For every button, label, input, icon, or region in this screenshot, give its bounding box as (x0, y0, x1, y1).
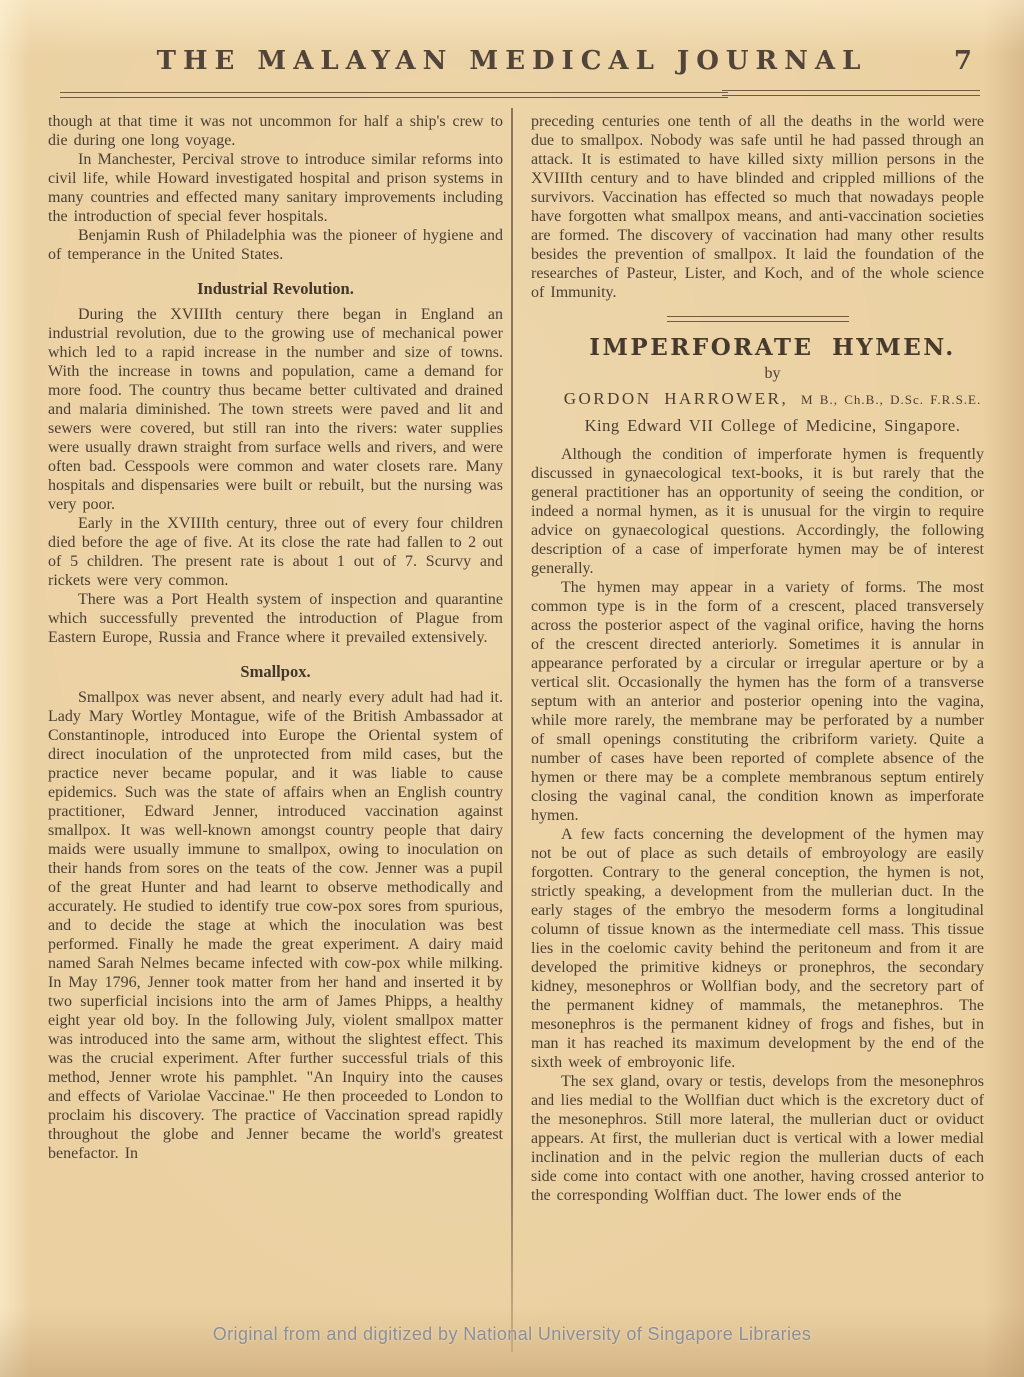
page-number: 7 (954, 46, 972, 76)
header-rule-right-segment (722, 90, 980, 96)
paragraph-sex-gland: The sex gland, ovary or testis, develops… (531, 1072, 984, 1205)
article-author-degrees: M B., Ch.B., D.Sc. F.R.S.E. (801, 392, 981, 407)
article-author: GORDON HARROWER, M B., Ch.B., D.Sc. F.R.… (531, 389, 984, 409)
paragraph-child-mortality: Early in the XVIIIth century, three out … (48, 514, 503, 590)
journal-header-title: THE MALAYAN MEDICAL JOURNAL (0, 46, 1024, 76)
paragraph-port-health: There was a Port Health system of inspec… (48, 590, 503, 647)
paragraph-voyage: though at that time it was not uncommon … (48, 112, 503, 150)
journal-page: THE MALAYAN MEDICAL JOURNAL 7 though at … (0, 0, 1024, 1377)
article-title: IMPERFORATE HYMEN. (531, 338, 984, 357)
paragraph-although-condition: Although the condition of imperforate hy… (531, 445, 984, 578)
section-heading-smallpox: Smallpox. (48, 662, 503, 681)
article-byline: by (531, 364, 984, 383)
header-rule-left-segment (60, 92, 728, 98)
paragraph-manchester: In Manchester, Percival strove to introd… (48, 150, 503, 226)
paragraph-embryology-facts: A few facts concerning the development o… (531, 825, 984, 1072)
article-author-name: GORDON HARROWER, (564, 389, 789, 408)
article-divider-rule (667, 316, 849, 322)
paragraph-industrial-revolution: During the XVIIIth century there began i… (48, 305, 503, 514)
paragraph-benjamin-rush: Benjamin Rush of Philadelphia was the pi… (48, 226, 503, 264)
section-heading-industrial-revolution: Industrial Revolution. (48, 279, 503, 298)
article-affiliation: King Edward VII College of Medicine, Sin… (531, 416, 984, 435)
column-divider-rule (511, 108, 513, 1352)
paragraph-preceding-centuries: preceding centuries one tenth of all the… (531, 112, 984, 302)
paragraph-smallpox-jenner: Smallpox was never absent, and nearly ev… (48, 688, 503, 1163)
left-column: though at that time it was not uncommon … (48, 112, 503, 1163)
right-column: preceding centuries one tenth of all the… (531, 112, 984, 1205)
paragraph-hymen-forms: The hymen may appear in a variety of for… (531, 578, 984, 825)
